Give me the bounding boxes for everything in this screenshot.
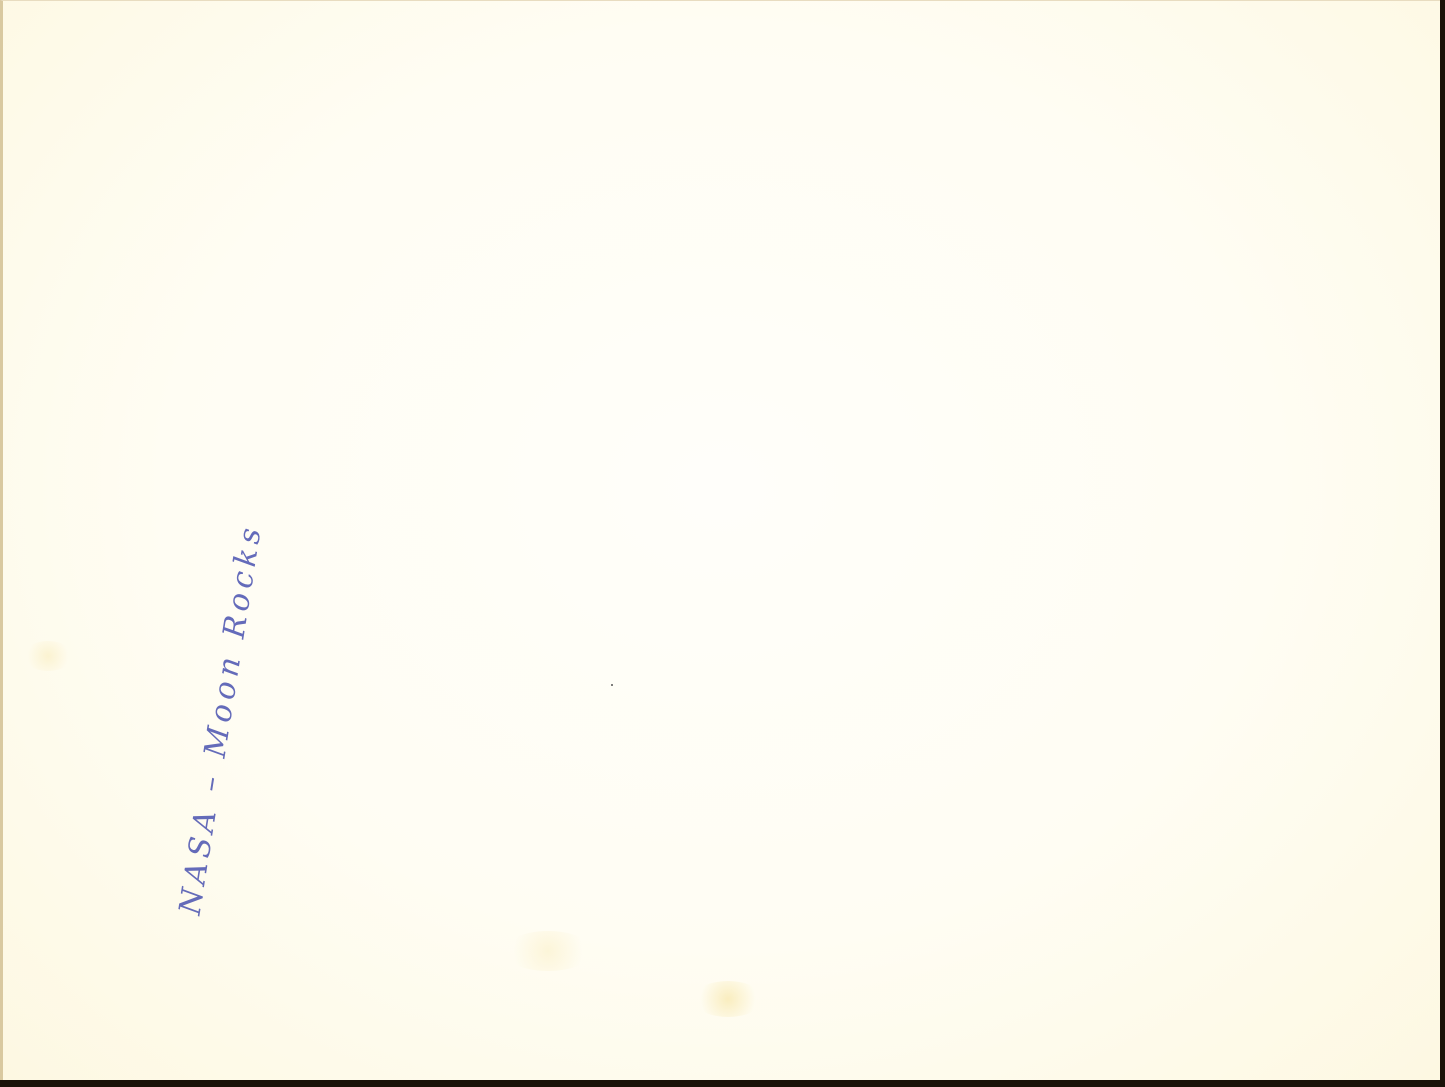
paper-stain — [23, 641, 73, 671]
paper-speck — [611, 684, 613, 686]
photo-back-paper: NASA – Moon Rocks — [0, 0, 1440, 1080]
paper-stain — [693, 981, 763, 1017]
paper-stain — [503, 931, 593, 971]
handwritten-note: NASA – Moon Rocks — [173, 521, 270, 918]
